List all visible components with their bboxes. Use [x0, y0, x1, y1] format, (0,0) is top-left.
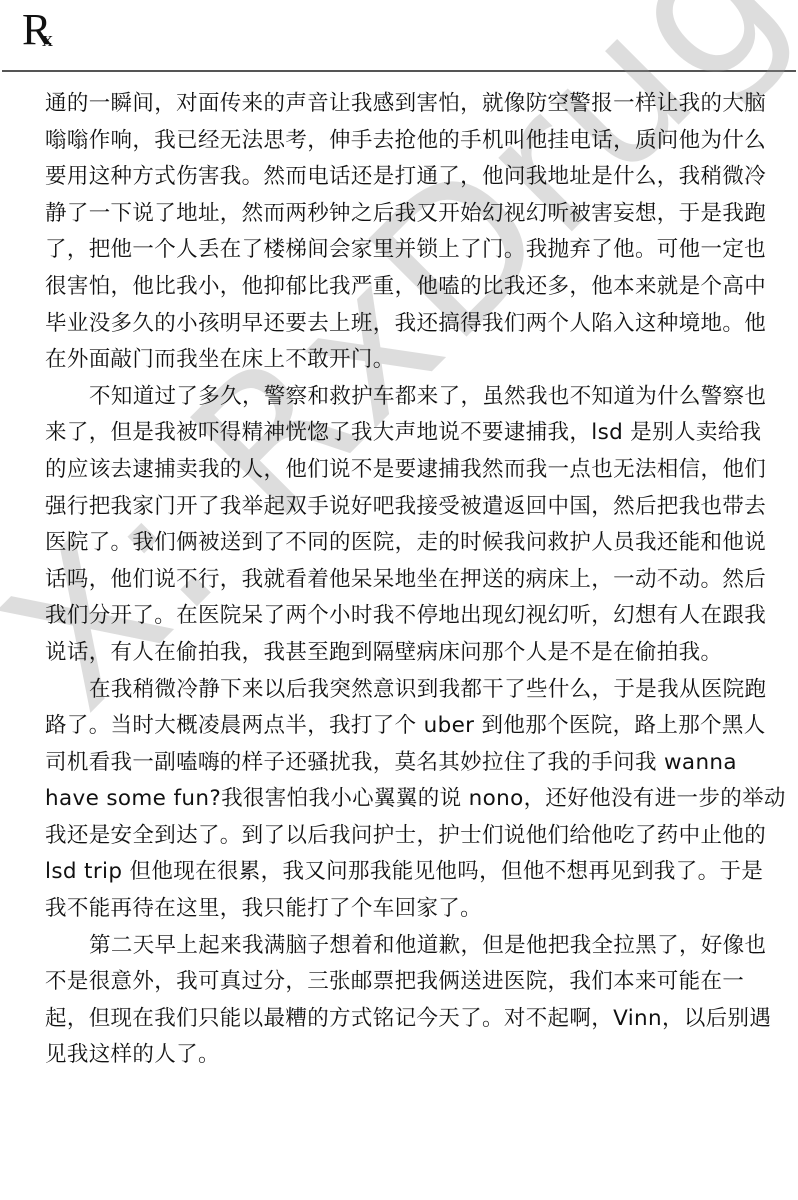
- text-line: 很害怕，他比我小，他抑郁比我严重，他嗑的比我还多，他本来就是个高中: [45, 269, 757, 306]
- text-line: 要用这种方式伤害我。然而电话还是打通了，他问我地址是什么，我稍微冷: [45, 159, 757, 196]
- rx-logo: R x: [22, 6, 70, 54]
- text-line: 话吗，他们说不行，我就看着他呆呆地坐在押送的病床上，一动不动。然后: [45, 562, 757, 599]
- paragraph-start-line: 第二天早上起来我满脑子想着和他道歉，但是他把我全拉黑了，好像也: [45, 928, 757, 965]
- text-line: 来了，但是我被吓得精神恍惚了我大声地说不要逮捕我，lsd 是别人卖给我: [45, 415, 757, 452]
- text-line: 了，把他一个人丢在了楼梯间会家里并锁上了门。我抛弃了他。可他一定也: [45, 232, 757, 269]
- text-line: 说话，有人在偷拍我，我甚至跑到隔壁病床问那个人是不是在偷拍我。: [45, 635, 757, 672]
- text-line: 路了。当时大概凌晨两点半，我打了个 uber 到他那个医院，路上那个黑人: [45, 708, 757, 745]
- paragraph-start-line: 不知道过了多久，警察和救护车都来了，虽然我也不知道为什么警察也: [45, 379, 757, 416]
- article-body: 通的一瞬间，对面传来的声音让我感到害怕，就像防空警报一样让我的大脑 嗡嗡作响，我…: [45, 86, 757, 1074]
- text-line: 起，但现在我们只能以最糟的方式铭记今天了。对不起啊，Vinn，以后别遇: [45, 1001, 757, 1038]
- text-line: have some fun?我很害怕我小心翼翼的说 nono，还好他没有进一步的…: [45, 781, 757, 818]
- text-line: 我不能再待在这里，我只能打了个车回家了。: [45, 891, 757, 928]
- text-line: 我们分开了。在医院呆了两个小时我不停地出现幻视幻听，幻想有人在跟我: [45, 598, 757, 635]
- header-divider: [2, 70, 796, 72]
- text-line: 强行把我家门开了我举起双手说好吧我接受被遣返回中国，然后把我也带去: [45, 489, 757, 526]
- text-line: 毕业没多久的小孩明早还要去上班，我还搞得我们两个人陷入这种境地。他: [45, 306, 757, 343]
- paragraph-start-line: 在我稍微冷静下来以后我突然意识到我都干了些什么，于是我从医院跑: [45, 672, 757, 709]
- text-line: 见我这样的人了。: [45, 1037, 757, 1074]
- text-line: 的应该去逮捕卖我的人，他们说不是要逮捕我然而我一点也无法相信，他们: [45, 452, 757, 489]
- text-line: 司机看我一副嗑嗨的样子还骚扰我，莫名其妙拉住了我的手问我 wanna: [45, 745, 757, 782]
- text-line: 通的一瞬间，对面传来的声音让我感到害怕，就像防空警报一样让我的大脑: [45, 86, 757, 123]
- text-line: 不是很意外，我可真过分，三张邮票把我俩送进医院，我们本来可能在一: [45, 964, 757, 1001]
- logo-letter-x: x: [42, 28, 53, 50]
- text-line: lsd trip 但他现在很累，我又问那我能见他吗，但他不想再见到我了。于是: [45, 854, 757, 891]
- text-line: 静了一下说了地址，然而两秒钟之后我又开始幻视幻听被害妄想，于是我跑: [45, 196, 757, 233]
- text-line: 我还是安全到达了。到了以后我问护士，护士们说他们给他吃了药中止他的: [45, 818, 757, 855]
- text-line: 医院了。我们俩被送到了不同的医院，走的时候我问救护人员我还能和他说: [45, 525, 757, 562]
- text-line: 嗡嗡作响，我已经无法思考，伸手去抢他的手机叫他挂电话，质问他为什么: [45, 123, 757, 160]
- text-line: 在外面敲门而我坐在床上不敢开门。: [45, 342, 757, 379]
